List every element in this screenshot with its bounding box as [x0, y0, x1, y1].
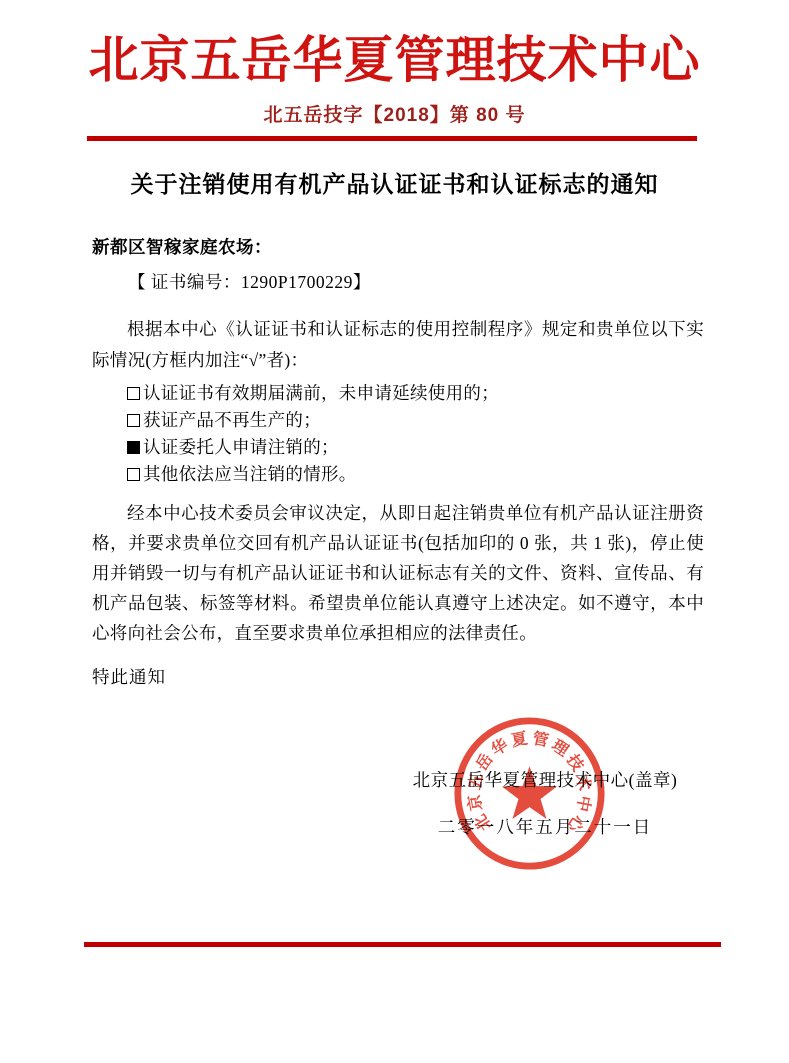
svg-text:管: 管 — [531, 728, 551, 750]
option-row: 认证证书有效期届满前，未申请延续使用的； — [127, 380, 704, 407]
option-label: 认证证书有效期届满前，未申请延续使用的； — [143, 383, 499, 403]
addressee-line: 新都区智稼家庭农场： — [92, 236, 704, 258]
option-label: 获证产品不再生产的； — [143, 410, 321, 430]
signature-date-line: 二零一八年五月二十一日 — [375, 816, 715, 838]
notice-body: 新都区智稼家庭农场： 【 证书编号：1290P1700229】 根据本中心《认证… — [92, 236, 704, 688]
notice-title: 关于注销使用有机产品认证证书和认证标志的通知 — [0, 169, 789, 201]
certificate-number-line: 【 证书编号：1290P1700229】 — [92, 270, 704, 294]
paragraph-basis: 根据本中心《认证证书和认证标志的使用控制程序》规定和贵单位以下实际情况(方框内加… — [92, 314, 704, 376]
org-title: 北京五岳华夏管理技术中心 — [0, 24, 789, 96]
svg-text:理: 理 — [548, 736, 572, 760]
checkbox-icon — [127, 414, 140, 427]
option-label: 其他依法应当注销的情形。 — [143, 464, 357, 484]
checkbox-icon — [127, 441, 140, 454]
signature-block: 北京五岳华夏管理技术中心(盖章) 二零一八年五月二十一日 — [375, 769, 715, 838]
option-row: 获证产品不再生产的； — [127, 407, 704, 434]
document-page: 北京五岳华夏管理技术中心 北五岳技字【2018】第 80 号 关于注销使用有机产… — [0, 0, 789, 1063]
checkbox-icon — [127, 468, 140, 481]
closing-line: 特此通知 — [92, 666, 704, 688]
header-divider — [87, 136, 697, 141]
checkbox-icon — [127, 387, 140, 400]
svg-text:华: 华 — [488, 735, 512, 760]
option-label: 认证委托人申请注销的； — [143, 437, 339, 457]
footer-divider — [84, 942, 721, 947]
doc-number: 北五岳技字【2018】第 80 号 — [0, 103, 789, 129]
option-row: 其他依法应当注销的情形。 — [127, 461, 704, 488]
option-list: 认证证书有效期届满前，未申请延续使用的； 获证产品不再生产的； 认证委托人申请注… — [92, 380, 704, 488]
option-row: 认证委托人申请注销的； — [127, 434, 704, 461]
paragraph-decision: 经本中心技术委员会审议决定，从即日起注销贵单位有机产品认证注册资格，并要求贵单位… — [92, 498, 704, 648]
signature-org-line: 北京五岳华夏管理技术中心(盖章) — [375, 769, 715, 791]
svg-text:夏: 夏 — [510, 728, 529, 750]
